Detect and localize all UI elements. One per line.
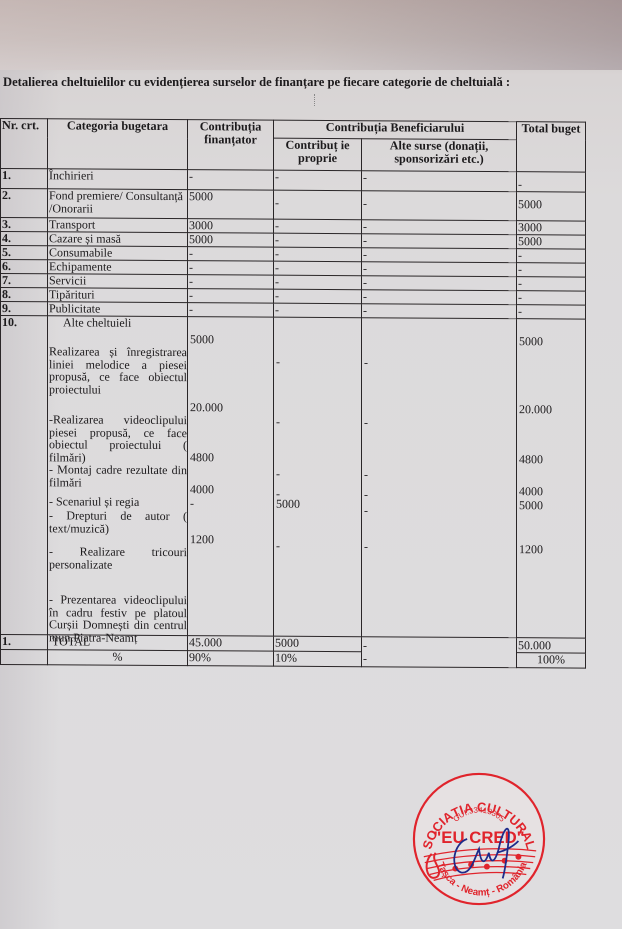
pencil-mark xyxy=(314,94,316,106)
row-total: 5000 xyxy=(517,235,586,249)
other-expense-item-other: - xyxy=(364,356,368,369)
row-funder: - xyxy=(188,247,274,262)
other-expense-item-label: -Realizarea videoclipului piesei propusă… xyxy=(49,413,187,464)
total-other: -- xyxy=(362,637,517,668)
row-nr: 2. xyxy=(1,189,48,218)
row-funder: - xyxy=(188,261,274,276)
header-own-contribution: Contribuț ie proprie xyxy=(274,138,362,171)
header-funder: Contribuția finanțator xyxy=(188,120,274,171)
row-total: 5000 xyxy=(517,192,586,221)
other-expense-item-total: 5000 xyxy=(519,335,543,348)
table-row-other-expenses: 10. Alte cheltuieli Realizarea și înregi… xyxy=(1,316,586,639)
association-stamp: ASOCIAȚIA CULTURALĂ CUI:33413305 "EU CRE… xyxy=(410,770,548,908)
other-expense-item-funder: 5000 xyxy=(190,333,214,346)
document-heading: Detalierea cheltuielilor cu evidențierea… xyxy=(3,75,510,90)
row-own: - xyxy=(274,303,362,318)
row-own: - xyxy=(274,219,362,234)
paper-shadow xyxy=(0,0,622,70)
row-funder: - xyxy=(188,275,274,290)
other-expense-item-funder: 20.000 xyxy=(190,401,223,414)
row-other: - xyxy=(362,248,517,263)
header-total: Total buget xyxy=(517,122,586,172)
row-funder: - xyxy=(188,303,274,318)
other-expenses-other-col: ------ xyxy=(362,318,517,638)
row-own: - xyxy=(274,233,362,248)
other-expense-item-other: - xyxy=(364,488,368,501)
other-expense-item-label: - Prezentarea videoclipului în cadru fes… xyxy=(49,593,187,644)
row-other: - xyxy=(362,304,517,319)
row-own: - xyxy=(274,261,362,276)
budget-table: Nr. crt. Categoria bugetara Contribuția … xyxy=(0,118,586,669)
row-other: - xyxy=(362,234,517,249)
row-other: - xyxy=(362,290,517,305)
header-beneficiary-group: Contribuția Beneficiarului xyxy=(274,120,517,139)
row-category: Publicitate xyxy=(48,302,188,317)
row-total: - xyxy=(517,249,586,263)
row-category: Echipamente xyxy=(48,260,188,275)
other-expense-item-own: - xyxy=(276,540,280,553)
other-expense-item-label: Realizarea și înregistrarea liniei melod… xyxy=(49,345,187,396)
other-expense-item-funder: 4000 xyxy=(190,483,214,496)
other-expense-item-other: - xyxy=(364,540,368,553)
total-funder: 45.000 xyxy=(188,636,274,652)
other-expenses-total-col: 500020.0004800400050001200 xyxy=(517,319,586,638)
row-total: - xyxy=(517,291,586,305)
header-nr: Nr. crt. xyxy=(1,119,48,169)
row-funder: 3000 xyxy=(188,219,274,234)
other-expense-item-total: 5000 xyxy=(519,499,543,512)
row-other: - xyxy=(362,171,517,192)
row-category: Transport xyxy=(48,218,188,233)
other-expense-item-label: - Drepturi de autor ( text/muzică) xyxy=(49,509,187,535)
row-nr: 9. xyxy=(1,302,48,316)
row-nr: 10. xyxy=(1,316,48,635)
row-nr: 8. xyxy=(1,288,48,302)
row-total: 3000 xyxy=(517,221,586,235)
other-expense-item-own: 5000 xyxy=(276,498,300,511)
row-nr: 1. xyxy=(1,169,48,189)
other-expenses-title: Alte cheltuieli xyxy=(49,316,186,330)
row-other: - xyxy=(362,276,517,291)
row-own: - xyxy=(274,275,362,290)
other-expense-item-funder: 4800 xyxy=(190,451,214,464)
other-expenses-own-col: ----5000- xyxy=(274,317,362,637)
other-expense-item-own: - xyxy=(276,416,280,429)
percent-label: % xyxy=(48,650,188,666)
row-own: - xyxy=(274,289,362,304)
other-expense-item-other: - xyxy=(364,468,368,481)
row-nr: 4. xyxy=(1,232,48,246)
other-expense-item-label: - Scenariul și regia xyxy=(49,495,187,508)
row-other: - xyxy=(362,262,517,277)
percent-funder: 90% xyxy=(188,651,274,667)
other-expense-item-total: 4000 xyxy=(519,485,543,498)
row-category: Servicii xyxy=(48,274,188,289)
other-expense-item-funder: 1200 xyxy=(190,533,214,546)
row-category: Tipărituri xyxy=(48,288,188,303)
other-expenses-funder-col: 500020.00048004000-1200 xyxy=(188,317,274,637)
row-own: - xyxy=(274,190,362,220)
other-expense-item-other: - xyxy=(364,416,368,429)
row-category: Consumabile xyxy=(48,246,188,261)
row-category: Cazare și masă xyxy=(48,232,188,247)
row-funder: - xyxy=(188,170,274,191)
row-own: - xyxy=(274,170,362,191)
svg-text:"EU CRED": "EU CRED" xyxy=(433,828,524,847)
table-row: 2.Fond premiere/ Consultanță /Onorarii50… xyxy=(1,189,586,222)
row-funder: - xyxy=(188,289,274,304)
row-nr: 5. xyxy=(1,246,48,260)
total-nr: 1. xyxy=(1,635,48,650)
row-category: Fond premiere/ Consultanță /Onorarii xyxy=(48,189,188,219)
percent-nr-empty xyxy=(1,650,48,665)
row-total: - xyxy=(517,305,586,319)
row-other: - xyxy=(362,191,517,221)
header-other-sources: Alte surse (donații, sponsorizări etc.) xyxy=(362,139,517,172)
row-funder: 5000 xyxy=(188,190,274,220)
row-category: Închirieri xyxy=(48,169,188,190)
row-total: - xyxy=(517,277,586,291)
total-total: 50.000 xyxy=(517,638,586,653)
row-nr: 3. xyxy=(1,218,48,232)
other-expense-item-label: - Realizare tricouri personalizate xyxy=(49,545,187,571)
other-expense-item-total: 20.000 xyxy=(519,403,552,416)
total-own: 5000 xyxy=(274,636,362,652)
other-expense-item-funder: - xyxy=(190,497,194,510)
other-expense-item-total: 4800 xyxy=(519,453,543,466)
other-expense-item-total: 1200 xyxy=(519,543,543,556)
row-funder: 5000 xyxy=(188,233,274,248)
percent-total: 100% xyxy=(517,653,586,668)
other-expense-item-own: - xyxy=(276,356,280,369)
other-expense-item-label: - Montaj cadre rezultate din filmări xyxy=(49,463,187,489)
row-nr: 6. xyxy=(1,260,48,274)
other-expense-item-own: - xyxy=(276,468,280,481)
row-other: - xyxy=(362,220,517,235)
row-total: - xyxy=(517,263,586,277)
row-nr: 7. xyxy=(1,274,48,288)
row-own: - xyxy=(274,247,362,262)
row-total: - xyxy=(517,172,586,192)
header-category: Categoria bugetara xyxy=(48,119,188,170)
other-expenses-category: Alte cheltuieli Realizarea și înregistra… xyxy=(48,316,188,636)
other-expense-item-other: - xyxy=(364,504,368,517)
percent-own: 10% xyxy=(274,651,362,667)
